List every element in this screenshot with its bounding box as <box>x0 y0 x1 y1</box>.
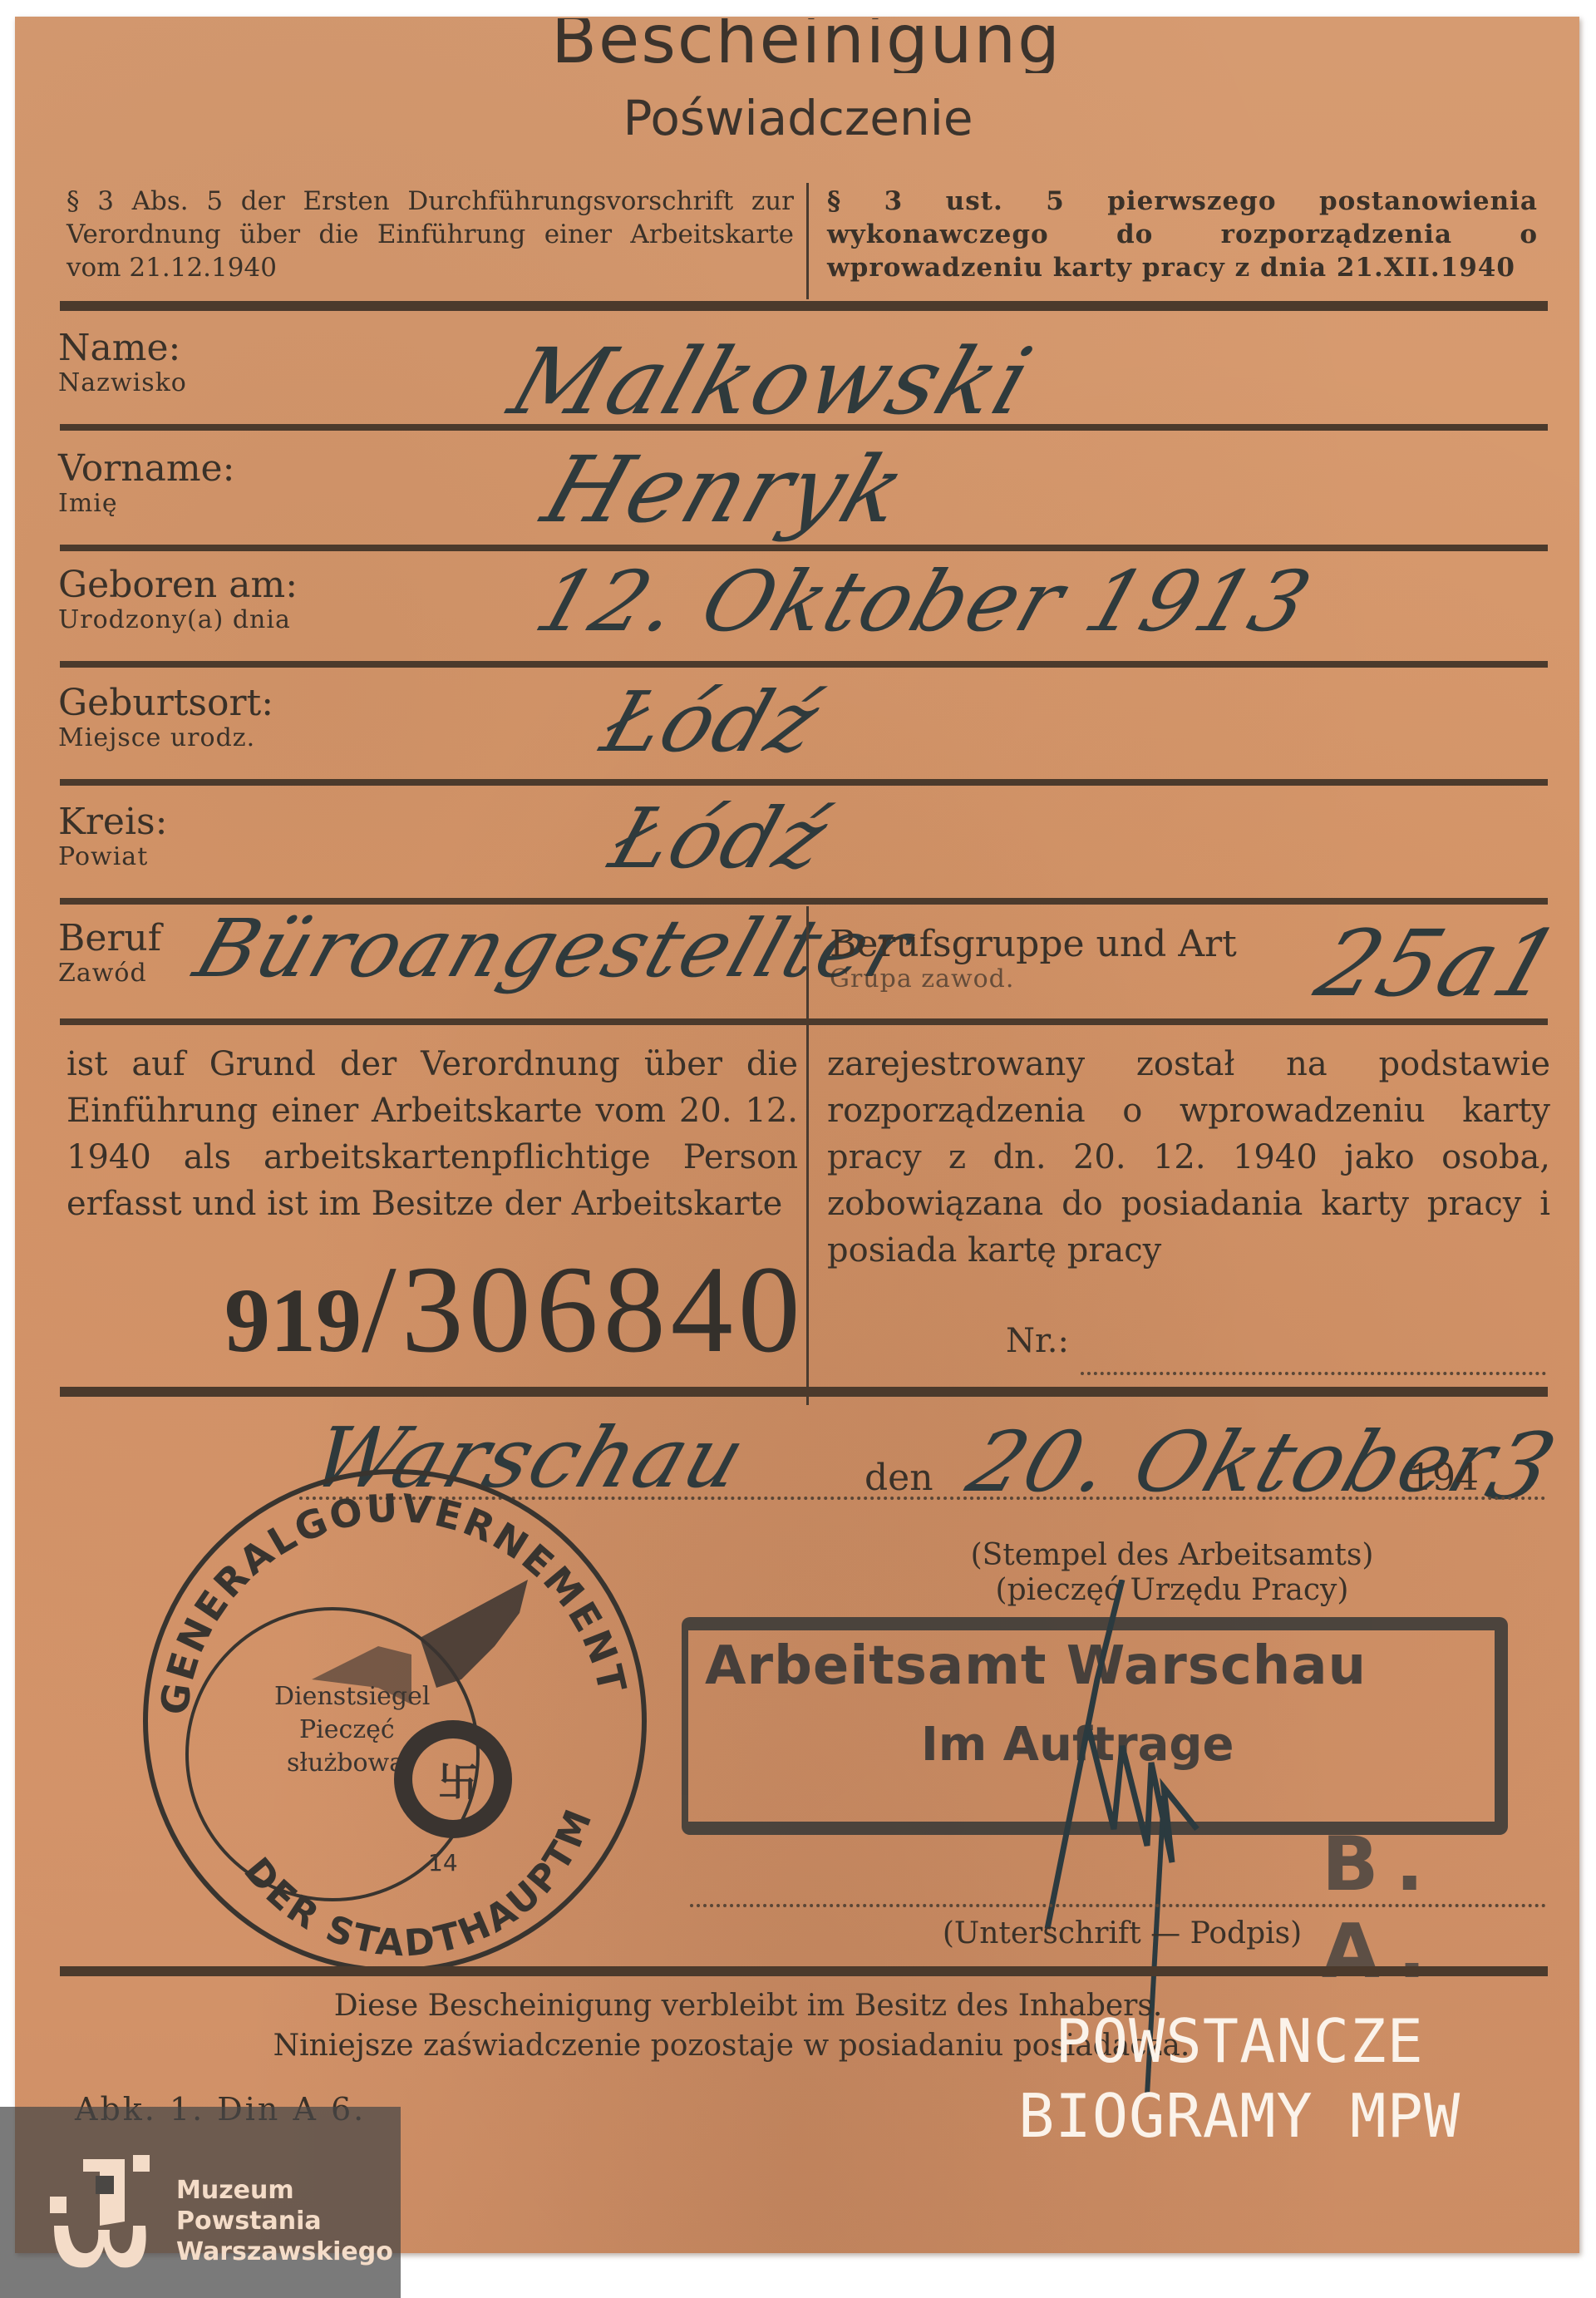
label-polish: Zawód <box>58 959 161 989</box>
document-title-polish: Poświadczenie <box>549 90 1047 146</box>
watermark: POWSTANCZE BIOGRAMY MPW <box>1018 2004 1461 2153</box>
field-label-birthplace: Geburtsort: Miejsce urodz. <box>58 683 273 753</box>
card-number: 306840 <box>401 1240 805 1378</box>
rule <box>60 1018 1548 1025</box>
field-label-firstname: Vorname: Imię <box>58 449 234 519</box>
field-label-name: Name: Nazwisko <box>58 328 187 398</box>
label-polish: Nazwisko <box>58 368 187 398</box>
kotwica-anchor-icon <box>50 2155 158 2271</box>
logo-line-3: Warszawskiego <box>176 2236 393 2267</box>
rule <box>60 661 1548 668</box>
signature-caption: (Unterschrift — Podpis) <box>873 1916 1372 1950</box>
field-label-district: Kreis: Powiat <box>58 802 167 872</box>
slash: / <box>362 1240 401 1378</box>
rule-footer <box>60 1966 1548 1976</box>
round-official-stamp-icon: GENERALGOUVERNEMENT DER STADTHAUPTMANN I… <box>129 1455 661 1987</box>
column-divider <box>806 906 809 1405</box>
rule-header <box>60 301 1548 311</box>
label-german: Kreis: <box>58 802 167 842</box>
rule <box>60 779 1548 786</box>
svg-text:służbowa: służbowa <box>287 1748 404 1778</box>
field-label-occupation: Beruf Zawód <box>58 919 161 989</box>
label-german: Berufsgruppe und Art <box>830 925 1237 964</box>
museum-logo: Muzeum Powstania Warszawskiego <box>0 2107 401 2298</box>
label-polish: Imię <box>58 489 234 519</box>
label-german: Name: <box>58 328 187 368</box>
handwritten-birthplace: Łódź <box>591 673 832 771</box>
label-polish: Grupa zawod. <box>830 964 1237 994</box>
rule <box>60 424 1548 431</box>
legal-basis-polish: § 3 ust. 5 pierwszego postanowienia wyko… <box>827 185 1538 284</box>
handwritten-surname: Malkowski <box>498 328 1045 435</box>
stamp-caption-german: (Stempel des Arbeitsamts) <box>906 1538 1438 1572</box>
signature-dotted-line <box>690 1904 1546 1907</box>
field-label-birthdate: Geboren am: Urodzony(a) dnia <box>58 565 298 635</box>
svg-text:Pieczęć: Pieczęć <box>299 1715 395 1744</box>
svg-text:14: 14 <box>428 1849 458 1876</box>
label-german: Geboren am: <box>58 565 298 605</box>
handwritten-district: Łódź <box>599 790 840 887</box>
column-divider <box>806 183 809 299</box>
handwritten-firstname: Henryk <box>531 436 919 543</box>
arbeitskarte-number: 919/306840 <box>224 1247 805 1372</box>
handwritten-occupation: Büroangestellter <box>185 902 924 995</box>
statement-german: ist auf Grund der Verordnung über die Ei… <box>66 1041 798 1227</box>
label-german: Beruf <box>58 919 161 959</box>
svg-text:卐: 卐 <box>438 1759 478 1806</box>
handwritten-birthdate: 12. Oktober 1913 <box>525 553 1323 650</box>
label-polish: Urodzony(a) dnia <box>58 605 298 635</box>
nr-label: Nr.: <box>1006 1322 1069 1360</box>
watermark-line-1: POWSTANCZE <box>1018 2004 1461 2079</box>
logo-text: Muzeum Powstania Warszawskiego <box>176 2175 393 2267</box>
logo-line-1: Muzeum <box>176 2175 393 2206</box>
label-german: Vorname: <box>58 449 234 489</box>
card-number-prefix: 919 <box>224 1270 362 1371</box>
legal-basis-german: § 3 Abs. 5 der Ersten Durchführungsvorsc… <box>66 185 794 284</box>
statement-polish: zarejestrowany został na podstawie rozpo… <box>827 1041 1550 1274</box>
watermark-line-2: BIOGRAMY MPW <box>1018 2079 1461 2153</box>
nr-dotted-line <box>1081 1372 1546 1375</box>
handwritten-occupation-group: 25a1 <box>1304 910 1574 1017</box>
label-polish: Powiat <box>58 842 167 872</box>
den-label: den <box>864 1457 933 1499</box>
label-polish: Miejsce urodz. <box>58 723 273 753</box>
rule <box>60 545 1548 551</box>
logo-line-2: Powstania <box>176 2206 393 2236</box>
label-german: Geburtsort: <box>58 683 273 723</box>
field-label-occupation-group: Berufsgruppe und Art Grupa zawod. <box>830 925 1237 994</box>
svg-text:Dienstsiegel: Dienstsiegel <box>274 1682 430 1711</box>
rule-section <box>60 1387 1548 1397</box>
year-prefix: 194 <box>1409 1457 1479 1499</box>
